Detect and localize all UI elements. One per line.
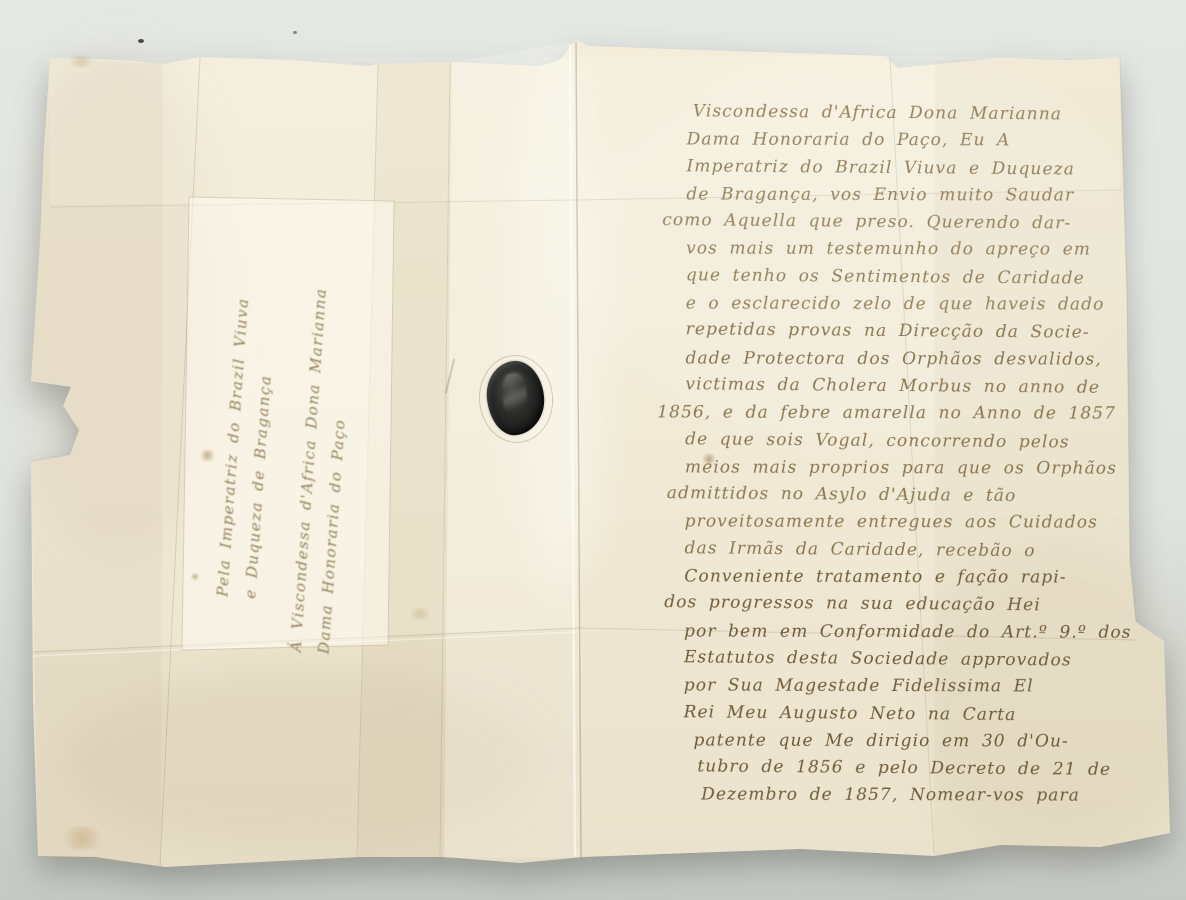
letter-line: por Sua Magestade Fidelissima El bbox=[654, 673, 1134, 702]
foxing-stain bbox=[199, 449, 216, 462]
letter-line: Rei Meu Augusto Neto na Carta bbox=[654, 699, 1134, 730]
letter-line: Conveniente tratamento e fação rapi- bbox=[654, 563, 1134, 592]
letter-line: repetidas provas na Direcção da Socie- bbox=[656, 316, 1136, 347]
letter-line: de Bragança, vos Envio muito Saudar bbox=[656, 181, 1136, 210]
foxing-stain bbox=[66, 56, 96, 67]
photo-stage: Pela Imperatriz do Brazil Viuvae Duqueza… bbox=[0, 0, 1186, 900]
letter-line: meios mais proprios para que os Orphãos bbox=[655, 454, 1135, 483]
letter-line: por bem em Conformidade do Art.º 9.º dos bbox=[654, 618, 1134, 647]
letter-line: victimas da Cholera Morbus no anno de bbox=[655, 371, 1135, 402]
letter-line: como Aquella que preso. Querendo dar- bbox=[656, 207, 1136, 238]
letter-body: Viscondessa d'Africa Dona MariannaDama H… bbox=[653, 99, 1137, 811]
letter-line: Dezembro de 1857, Nomear-vos para bbox=[653, 782, 1133, 811]
letter-line: proveitosamente entregues aos Cuidados bbox=[655, 509, 1135, 538]
letter-line: dade Protectora dos Orphãos desvalidos, bbox=[655, 345, 1135, 374]
letter-line: das Irmãs da Caridade, recebão o bbox=[654, 535, 1134, 566]
letter-line: admittidos no Asylo d'Ajuda e tão bbox=[655, 480, 1135, 511]
foxing-stain bbox=[58, 826, 106, 850]
wax-seal bbox=[484, 359, 546, 437]
letter-line: vos mais um testemunho do apreço em bbox=[656, 236, 1136, 265]
dust-speck bbox=[293, 31, 297, 34]
letter-line: tubro de 1856 e pelo Decreto de 21 de bbox=[653, 753, 1133, 784]
letter-line: de que sois Vogal, concorrendo pelos bbox=[655, 426, 1135, 457]
letter-line: que tenho os Sentimentos de Caridade bbox=[656, 262, 1136, 293]
letter-line: dos progressos na sua educação Hei bbox=[654, 589, 1134, 620]
letter-line: Viscondessa d'Africa Dona Marianna bbox=[657, 98, 1137, 129]
letter-line: patente que Me dirigio em 30 d'Ou- bbox=[653, 727, 1133, 756]
foxing-stain bbox=[408, 608, 432, 620]
letter-line: Imperatriz do Brazil Viuva e Duqueza bbox=[656, 153, 1136, 184]
letter-line: Dama Honoraria do Paço, Eu A bbox=[657, 127, 1137, 156]
letter-line: Estatutos desta Sociedade approvados bbox=[654, 644, 1134, 675]
letter-line: 1856, e da febre amarella no Anno de 185… bbox=[655, 400, 1135, 429]
dust-speck bbox=[138, 39, 144, 43]
foxing-stain bbox=[190, 572, 200, 581]
letter-line: e o esclarecido zelo de que haveis dado bbox=[656, 290, 1136, 319]
foxing-stain bbox=[701, 453, 717, 465]
